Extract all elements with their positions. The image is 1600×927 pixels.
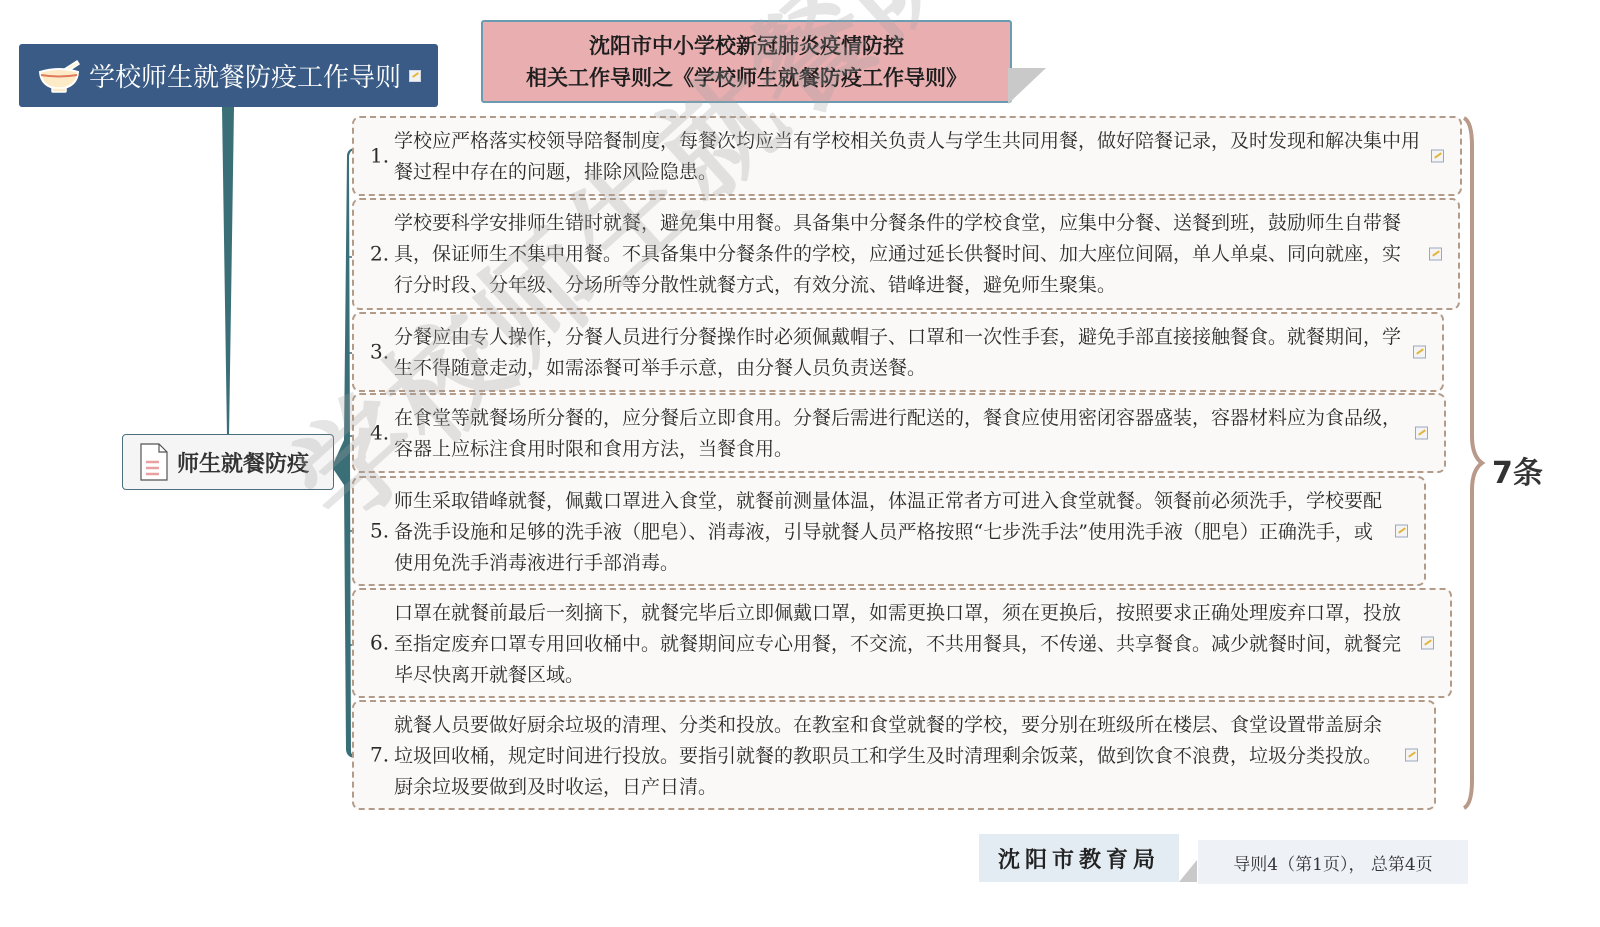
list-item-6[interactable]: 6. 口罩在就餐前最后一刻摘下，就餐完毕后立即佩戴口罩，如需更换口罩，须在更换后… [352,588,1452,698]
note-icon[interactable] [1421,637,1434,650]
item-text: 口罩在就餐前最后一刻摘下，就餐完毕后立即佩戴口罩，如需更换口罩，须在更换后，按照… [394,598,1410,691]
item-number: 5. [370,516,389,547]
banner-line-2: 相关工作导则之《学校师生就餐防疫工作导则》 [526,62,967,94]
center-topic[interactable]: 师生就餐防疫 [122,434,334,490]
list-item-7[interactable]: 7. 就餐人员要做好厨余垃圾的清理、分类和投放。在教室和食堂就餐的学校，要分别在… [352,700,1436,810]
item-number: 7. [370,740,389,771]
summary-count: 7条 [1492,448,1543,492]
item-number: 3. [370,337,389,368]
note-icon[interactable] [1395,525,1408,538]
note-icon[interactable] [1431,150,1444,163]
list-item-4[interactable]: 4. 在食堂等就餐场所分餐的，应分餐后立即食用。分餐后需进行配送的，餐食应使用密… [352,393,1446,473]
footer-organization: 沈阳市教育局 [979,834,1179,882]
rice-bowl-icon [37,58,81,94]
root-topic[interactable]: 学校师生就餐防疫工作导则 [19,44,438,107]
note-icon[interactable] [1413,346,1426,359]
item-number: 4. [370,418,389,449]
center-label: 师生就餐防疫 [177,447,309,478]
summary-brace [1462,116,1488,810]
item-text: 分餐应由专人操作，分餐人员进行分餐操作时必须佩戴帽子、口罩和一次性手套，避免手部… [394,322,1402,384]
document-icon [139,442,169,482]
root-connector [222,107,234,437]
note-icon[interactable] [1405,749,1418,762]
title-banner: 沈阳市中小学校新冠肺炎疫情防控 相关工作导则之《学校师生就餐防疫工作导则》 [481,20,1012,103]
item-text: 学校要科学安排师生错时就餐，避免集中用餐。具备集中分餐条件的学校食堂，应集中分餐… [394,208,1418,301]
item-number: 2. [370,239,389,270]
banner-shadow [1008,68,1046,104]
list-item-1[interactable]: 1. 学校应严格落实校领导陪餐制度，每餐次均应当有学校相关负责人与学生共同用餐，… [352,116,1462,196]
footer-shadow [1179,860,1197,882]
note-icon[interactable] [1429,248,1442,261]
list-item-2[interactable]: 2. 学校要科学安排师生错时就餐，避免集中用餐。具备集中分餐条件的学校食堂，应集… [352,198,1460,310]
item-text: 就餐人员要做好厨余垃圾的清理、分类和投放。在教室和食堂就餐的学校，要分别在班级所… [394,710,1394,803]
item-text: 在食堂等就餐场所分餐的，应分餐后立即食用。分餐后需进行配送的，餐食应使用密闭容器… [394,403,1404,465]
list-item-3[interactable]: 3. 分餐应由专人操作，分餐人员进行分餐操作时必须佩戴帽子、口罩和一次性手套，避… [352,312,1444,392]
item-number: 6. [370,628,389,659]
note-icon[interactable] [1415,427,1428,440]
banner-line-1: 沈阳市中小学校新冠肺炎疫情防控 [589,30,904,62]
note-icon[interactable] [409,70,421,82]
item-number: 1. [370,141,389,172]
item-text: 学校应严格落实校领导陪餐制度，每餐次均应当有学校相关负责人与学生共同用餐，做好陪… [394,126,1420,188]
item-text: 师生采取错峰就餐，佩戴口罩进入食堂，就餐前测量体温，体温正常者方可进入食堂就餐。… [394,486,1384,579]
footer-page-info: 导则4（第1页）， 总第4页 [1198,840,1468,884]
root-title: 学校师生就餐防疫工作导则 [89,57,401,94]
list-item-5[interactable]: 5. 师生采取错峰就餐，佩戴口罩进入食堂，就餐前测量体温，体温正常者方可进入食堂… [352,476,1426,586]
